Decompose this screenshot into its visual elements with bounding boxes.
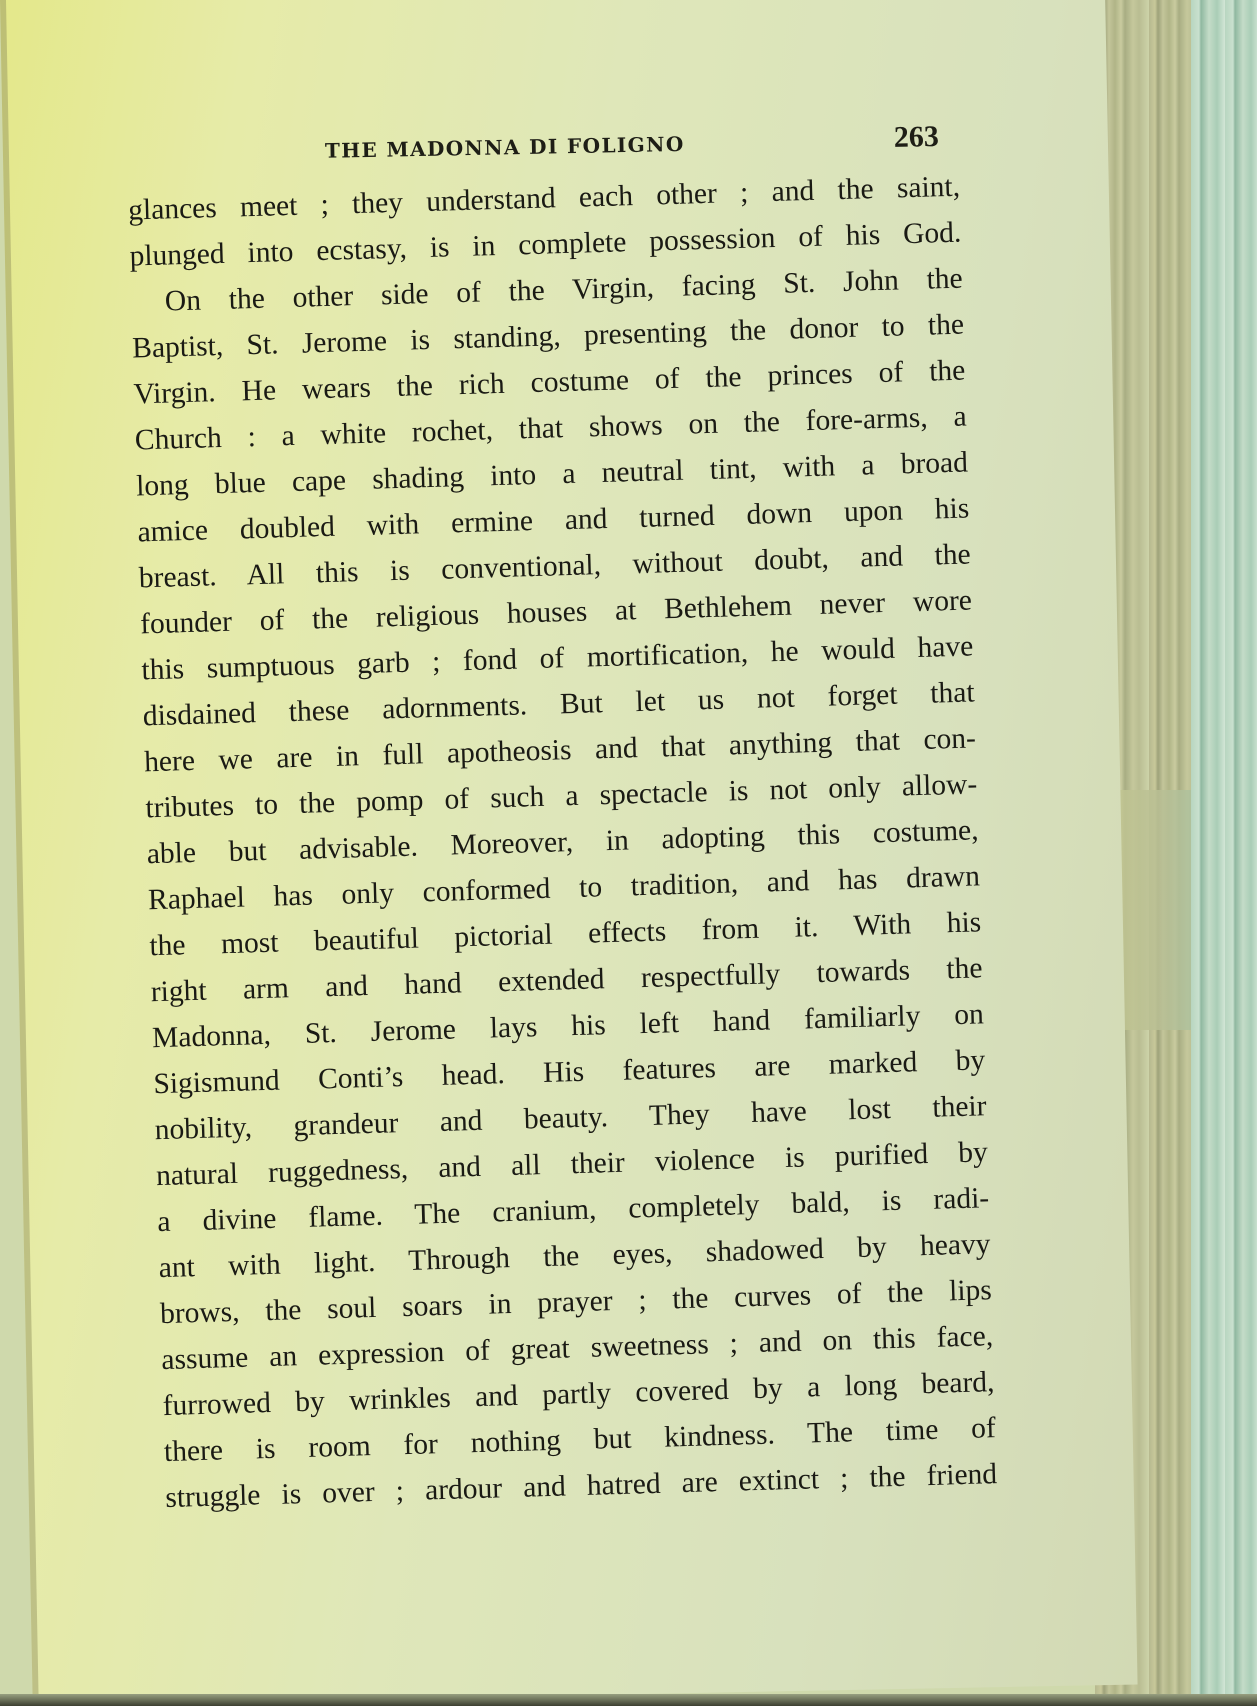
bottom-shadow [0, 1694, 1257, 1706]
body-text: glances meet ; they understand each othe… [128, 164, 998, 1521]
gutter-edge [0, 0, 39, 1706]
page-number: 263 [893, 120, 939, 155]
book-cover-edge [1191, 0, 1257, 1706]
book-page: THE MADONNA DI FOLIGNO 263 glances meet … [0, 0, 1138, 1706]
running-header: THE MADONNA DI FOLIGNO 263 [325, 120, 946, 166]
running-title: THE MADONNA DI FOLIGNO [325, 132, 685, 163]
